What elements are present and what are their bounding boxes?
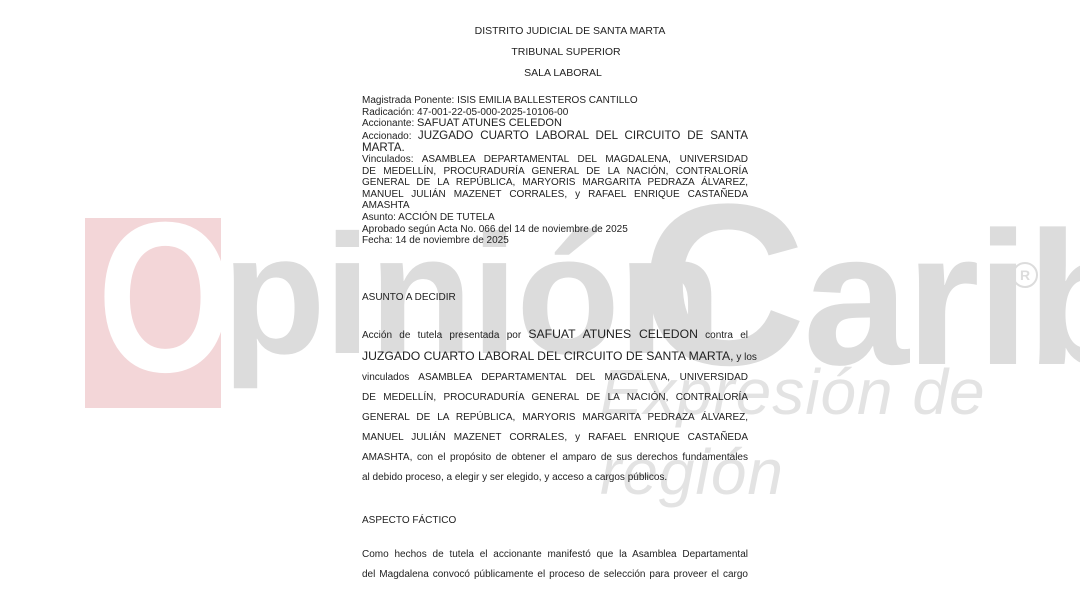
- registered-trademark-icon: R: [1012, 262, 1038, 288]
- meta-label: Fecha:: [362, 235, 393, 246]
- paragraph-line: JUZGADO CUARTO LABORAL DEL CIRCUITO DE S…: [362, 346, 748, 368]
- watermark-logo-letter: O: [97, 188, 209, 408]
- meta-vinculados-line: MANUEL JULIÁN MAZENET CORRALES, y RAFAEL…: [362, 189, 748, 201]
- paragraph-line: del Magdalena convocó públicamente el pr…: [362, 565, 748, 585]
- section-title-aspecto: ASPECTO FÁCTICO: [362, 515, 456, 526]
- court-district: DISTRITO JUDICIAL DE SANTA MARTA: [30, 21, 1080, 42]
- meta-value: SAFUAT ATUNES CELEDON: [417, 117, 562, 129]
- accionante-name: SAFUAT ATUNES CELEDON: [528, 327, 697, 341]
- meta-value: 14 de noviembre de 2025: [395, 235, 508, 246]
- paragraph-aspecto: Como hechos de tutela el accionante mani…: [362, 545, 748, 585]
- meta-asunto: Asunto: ACCIÓN DE TUTELA: [362, 212, 748, 224]
- meta-aprobado: Aprobado según Acta No. 066 del 14 de no…: [362, 224, 748, 236]
- text-span: contra el: [705, 330, 748, 341]
- text-span: Acción de tutela presentada por: [362, 330, 521, 341]
- paragraph-line: vinculados ASAMBLEA DEPARTAMENTAL DEL MA…: [362, 368, 748, 388]
- meta-fecha: Fecha: 14 de noviembre de 2025: [362, 235, 748, 247]
- watermark-logo-box: [85, 218, 221, 408]
- paragraph-line: DE MEDELLÍN, PROCURADURÍA GENERAL DE LA …: [362, 388, 748, 408]
- meta-label: Magistrada Ponente:: [362, 95, 454, 106]
- paragraph-line: GENERAL DE LA REPÚBLICA, MARYORIS MARGAR…: [362, 408, 748, 428]
- meta-magistrada: Magistrada Ponente: ISIS EMILIA BALLESTE…: [362, 95, 748, 107]
- meta-label: Radicación:: [362, 107, 414, 118]
- paragraph-line: AMASHTA, con el propósito de obtener el …: [362, 448, 748, 468]
- meta-value: JUZGADO CUARTO LABORAL DEL CIRCUITO DE S…: [418, 129, 748, 142]
- court-chamber: SALA LABORAL: [23, 63, 1080, 84]
- paragraph-asunto: Acción de tutela presentada por SAFUAT A…: [362, 324, 748, 488]
- meta-label: Accionado:: [362, 131, 411, 142]
- case-metadata: Magistrada Ponente: ISIS EMILIA BALLESTE…: [362, 95, 748, 247]
- paragraph-line: Acción de tutela presentada por SAFUAT A…: [362, 324, 748, 346]
- paragraph-line: al debido proceso, a elegir y ser elegid…: [362, 468, 748, 488]
- paragraph-line: MANUEL JULIÁN MAZENET CORRALES, y RAFAEL…: [362, 428, 748, 448]
- text-span: y los: [736, 352, 757, 363]
- section-title-asunto: ASUNTO A DECIDIR: [362, 292, 456, 303]
- meta-vinculados-line: Vinculados: ASAMBLEA DEPARTAMENTAL DEL M…: [362, 154, 748, 166]
- court-header: DISTRITO JUDICIAL DE SANTA MARTA TRIBUNA…: [0, 21, 1080, 84]
- meta-label: Asunto:: [362, 212, 396, 223]
- meta-accionado-cont: MARTA.: [362, 142, 748, 154]
- meta-vinculados-line: GENERAL DE LA REPÚBLICA, MARYORIS MARGAR…: [362, 177, 748, 189]
- watermark-caribe-rest: aribe: [803, 193, 1080, 405]
- court-tribunal: TRIBUNAL SUPERIOR: [26, 42, 1080, 63]
- meta-value: ACCIÓN DE TUTELA: [398, 212, 495, 223]
- accionado-name: JUZGADO CUARTO LABORAL DEL CIRCUITO DE S…: [362, 349, 734, 363]
- meta-accionado: Accionado: JUZGADO CUARTO LABORAL DEL CI…: [362, 130, 748, 143]
- meta-value: ISIS EMILIA BALLESTEROS CANTILLO: [457, 95, 638, 106]
- paragraph-line: Como hechos de tutela el accionante mani…: [362, 545, 748, 565]
- meta-label: Accionante:: [362, 118, 414, 129]
- meta-value: 47-001-22-05-000-2025-10106-00: [417, 107, 568, 118]
- meta-vinculados-line: AMASHTA: [362, 200, 748, 212]
- meta-vinculados-line: DE MEDELLÍN, PROCURADURÍA GENERAL DE LA …: [362, 166, 748, 178]
